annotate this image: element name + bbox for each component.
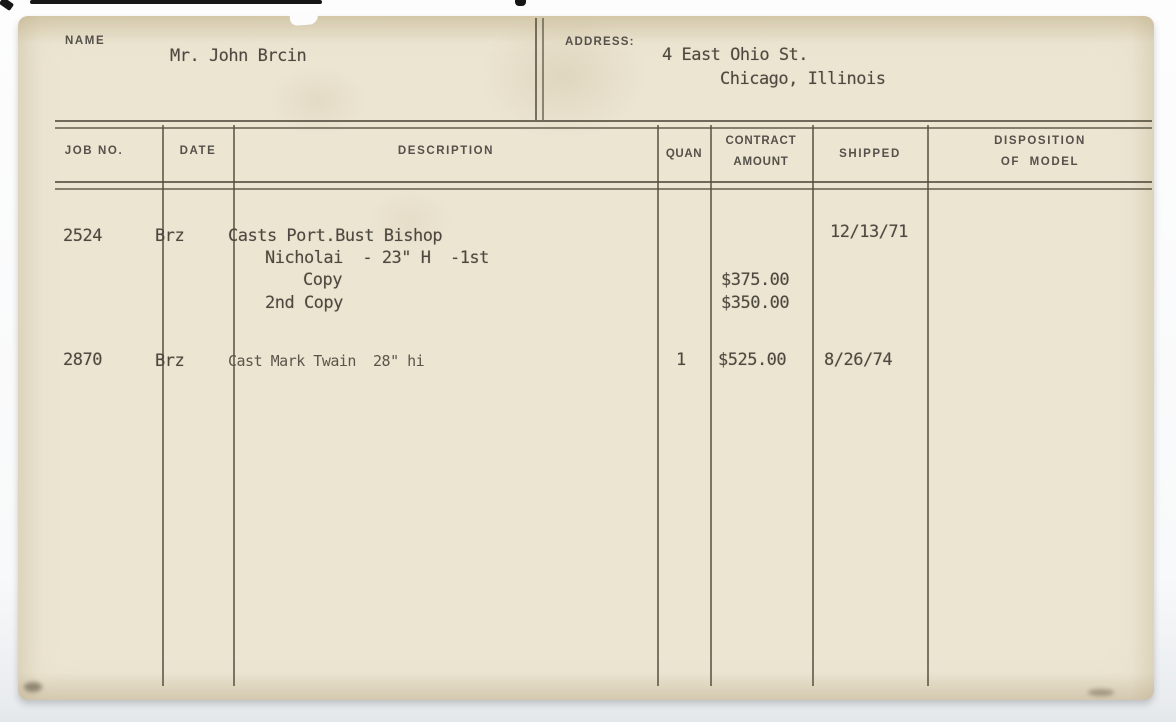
scanned-page: NAME Mr. John Brcin ADDRESS: 4 East Ohio… bbox=[0, 0, 1176, 722]
row1-contract-amount-2: $350.00 bbox=[721, 293, 789, 313]
address-line-2: Chicago, Illinois bbox=[720, 69, 886, 89]
corner-smudge bbox=[24, 682, 42, 692]
column-header-quan: QUAN bbox=[666, 148, 702, 160]
row1-description-line3: Copy bbox=[303, 270, 342, 290]
column-header-disposition: DISPOSITION bbox=[994, 135, 1086, 147]
row2-job-no: 2870 bbox=[63, 350, 102, 370]
name-value: Mr. John Brcin bbox=[170, 46, 306, 66]
row2-quan: 1 bbox=[676, 350, 686, 370]
column-divider-quan-contract bbox=[710, 125, 712, 686]
name-address-divider bbox=[535, 18, 544, 120]
column-header-description: DESCRIPTION bbox=[398, 145, 494, 157]
address-line-1: 4 East Ohio St. bbox=[662, 45, 808, 65]
scan-artifact-dot bbox=[515, 0, 526, 6]
column-header-contract: CONTRACT bbox=[726, 135, 797, 147]
address-label: ADDRESS: bbox=[565, 36, 635, 48]
row1-description-line2: Nicholai - 23" H -1st bbox=[265, 248, 489, 268]
row1-description-line1: Casts Port.Bust Bishop bbox=[228, 226, 442, 246]
row1-job-no: 2524 bbox=[63, 226, 102, 246]
record-card: NAME Mr. John Brcin ADDRESS: 4 East Ohio… bbox=[18, 16, 1154, 700]
column-header-shipped: SHIPPED bbox=[839, 148, 901, 160]
row1-description-line4: 2nd Copy bbox=[265, 293, 343, 313]
row1-date: Brz bbox=[155, 226, 184, 246]
column-header-amount: AMOUNT bbox=[733, 156, 788, 168]
row2-date: Brz bbox=[155, 351, 184, 371]
column-header-of-model: OF MODEL bbox=[1001, 156, 1079, 168]
table-header-underline bbox=[55, 181, 1152, 190]
column-divider-shipped-disposition bbox=[927, 125, 929, 686]
column-divider-jobno-date bbox=[162, 125, 164, 686]
scan-artifact-mark bbox=[0, 0, 14, 11]
column-header-job-no: JOB NO. bbox=[65, 145, 124, 157]
column-divider-contract-shipped bbox=[812, 125, 814, 686]
scan-artifact-line bbox=[30, 0, 322, 4]
name-label: NAME bbox=[65, 35, 105, 47]
column-header-date: DATE bbox=[180, 145, 217, 157]
row1-shipped-date: 12/13/71 bbox=[830, 222, 908, 242]
column-divider-description-quan bbox=[657, 125, 659, 686]
row1-contract-amount-1: $375.00 bbox=[721, 270, 789, 290]
row2-description: Cast Mark Twain 28" hi bbox=[228, 352, 424, 370]
corner-smudge bbox=[1088, 689, 1114, 696]
column-divider-date-description bbox=[233, 125, 235, 686]
torn-edge-notch bbox=[290, 11, 319, 26]
table-top-rule bbox=[55, 120, 1152, 129]
row2-contract-amount: $525.00 bbox=[718, 350, 786, 370]
row2-shipped-date: 8/26/74 bbox=[824, 350, 892, 370]
